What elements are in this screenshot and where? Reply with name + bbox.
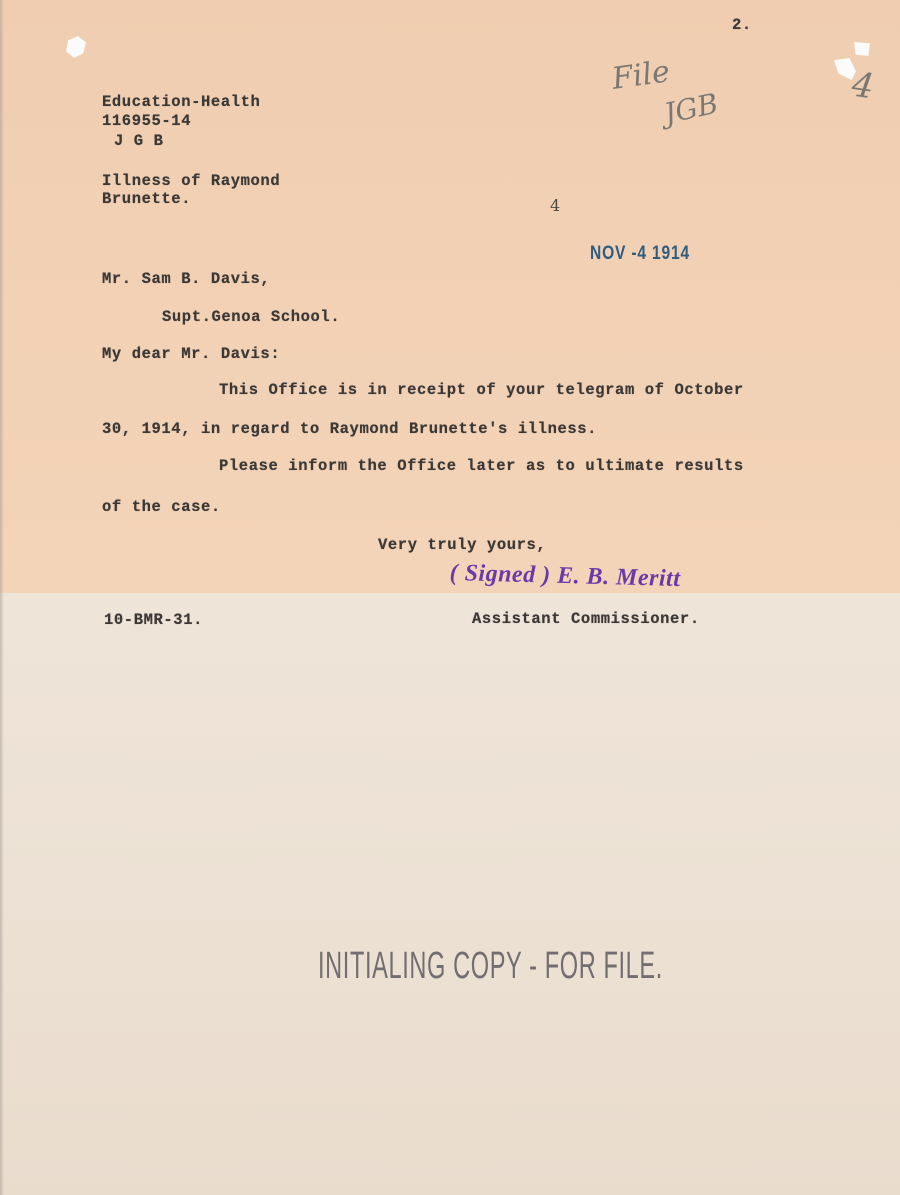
reference-code: 10-BMR-31. — [104, 613, 203, 629]
closing: Very truly yours, — [378, 538, 546, 554]
body-paragraph-2-line-2: of the case. — [102, 500, 221, 516]
addressee-title: Supt.Genoa School. — [162, 310, 340, 326]
addressee-name: Mr. Sam B. Davis, — [102, 272, 270, 288]
signer-title: Assistant Commissioner. — [472, 612, 700, 628]
punch-hole-right-b — [854, 42, 870, 56]
subject-line-2: Brunette. — [102, 192, 191, 208]
paper-lower-region — [0, 593, 900, 1195]
subject-line-1: Illness of Raymond — [102, 174, 280, 190]
body-paragraph-1-line-2: 30, 1914, in regard to Raymond Brunette'… — [102, 422, 597, 438]
page-number: 2. — [732, 18, 752, 34]
body-paragraph-1-line-1: This Office is in receipt of your telegr… — [219, 383, 744, 399]
initialing-copy-stamp: INITIALING COPY - FOR FILE. — [318, 945, 663, 988]
salutation: My dear Mr. Davis: — [102, 347, 280, 363]
header-file-number: 116955-14 — [102, 114, 191, 130]
body-paragraph-2-line-1: Please inform the Office later as to ult… — [219, 459, 744, 475]
header-category: Education-Health — [102, 95, 260, 111]
pencil-mark-center: 4 — [550, 196, 560, 215]
header-initials: J G B — [114, 134, 164, 150]
paper-left-edge — [0, 0, 4, 1195]
date-stamp: NOV -4 1914 — [590, 243, 690, 265]
